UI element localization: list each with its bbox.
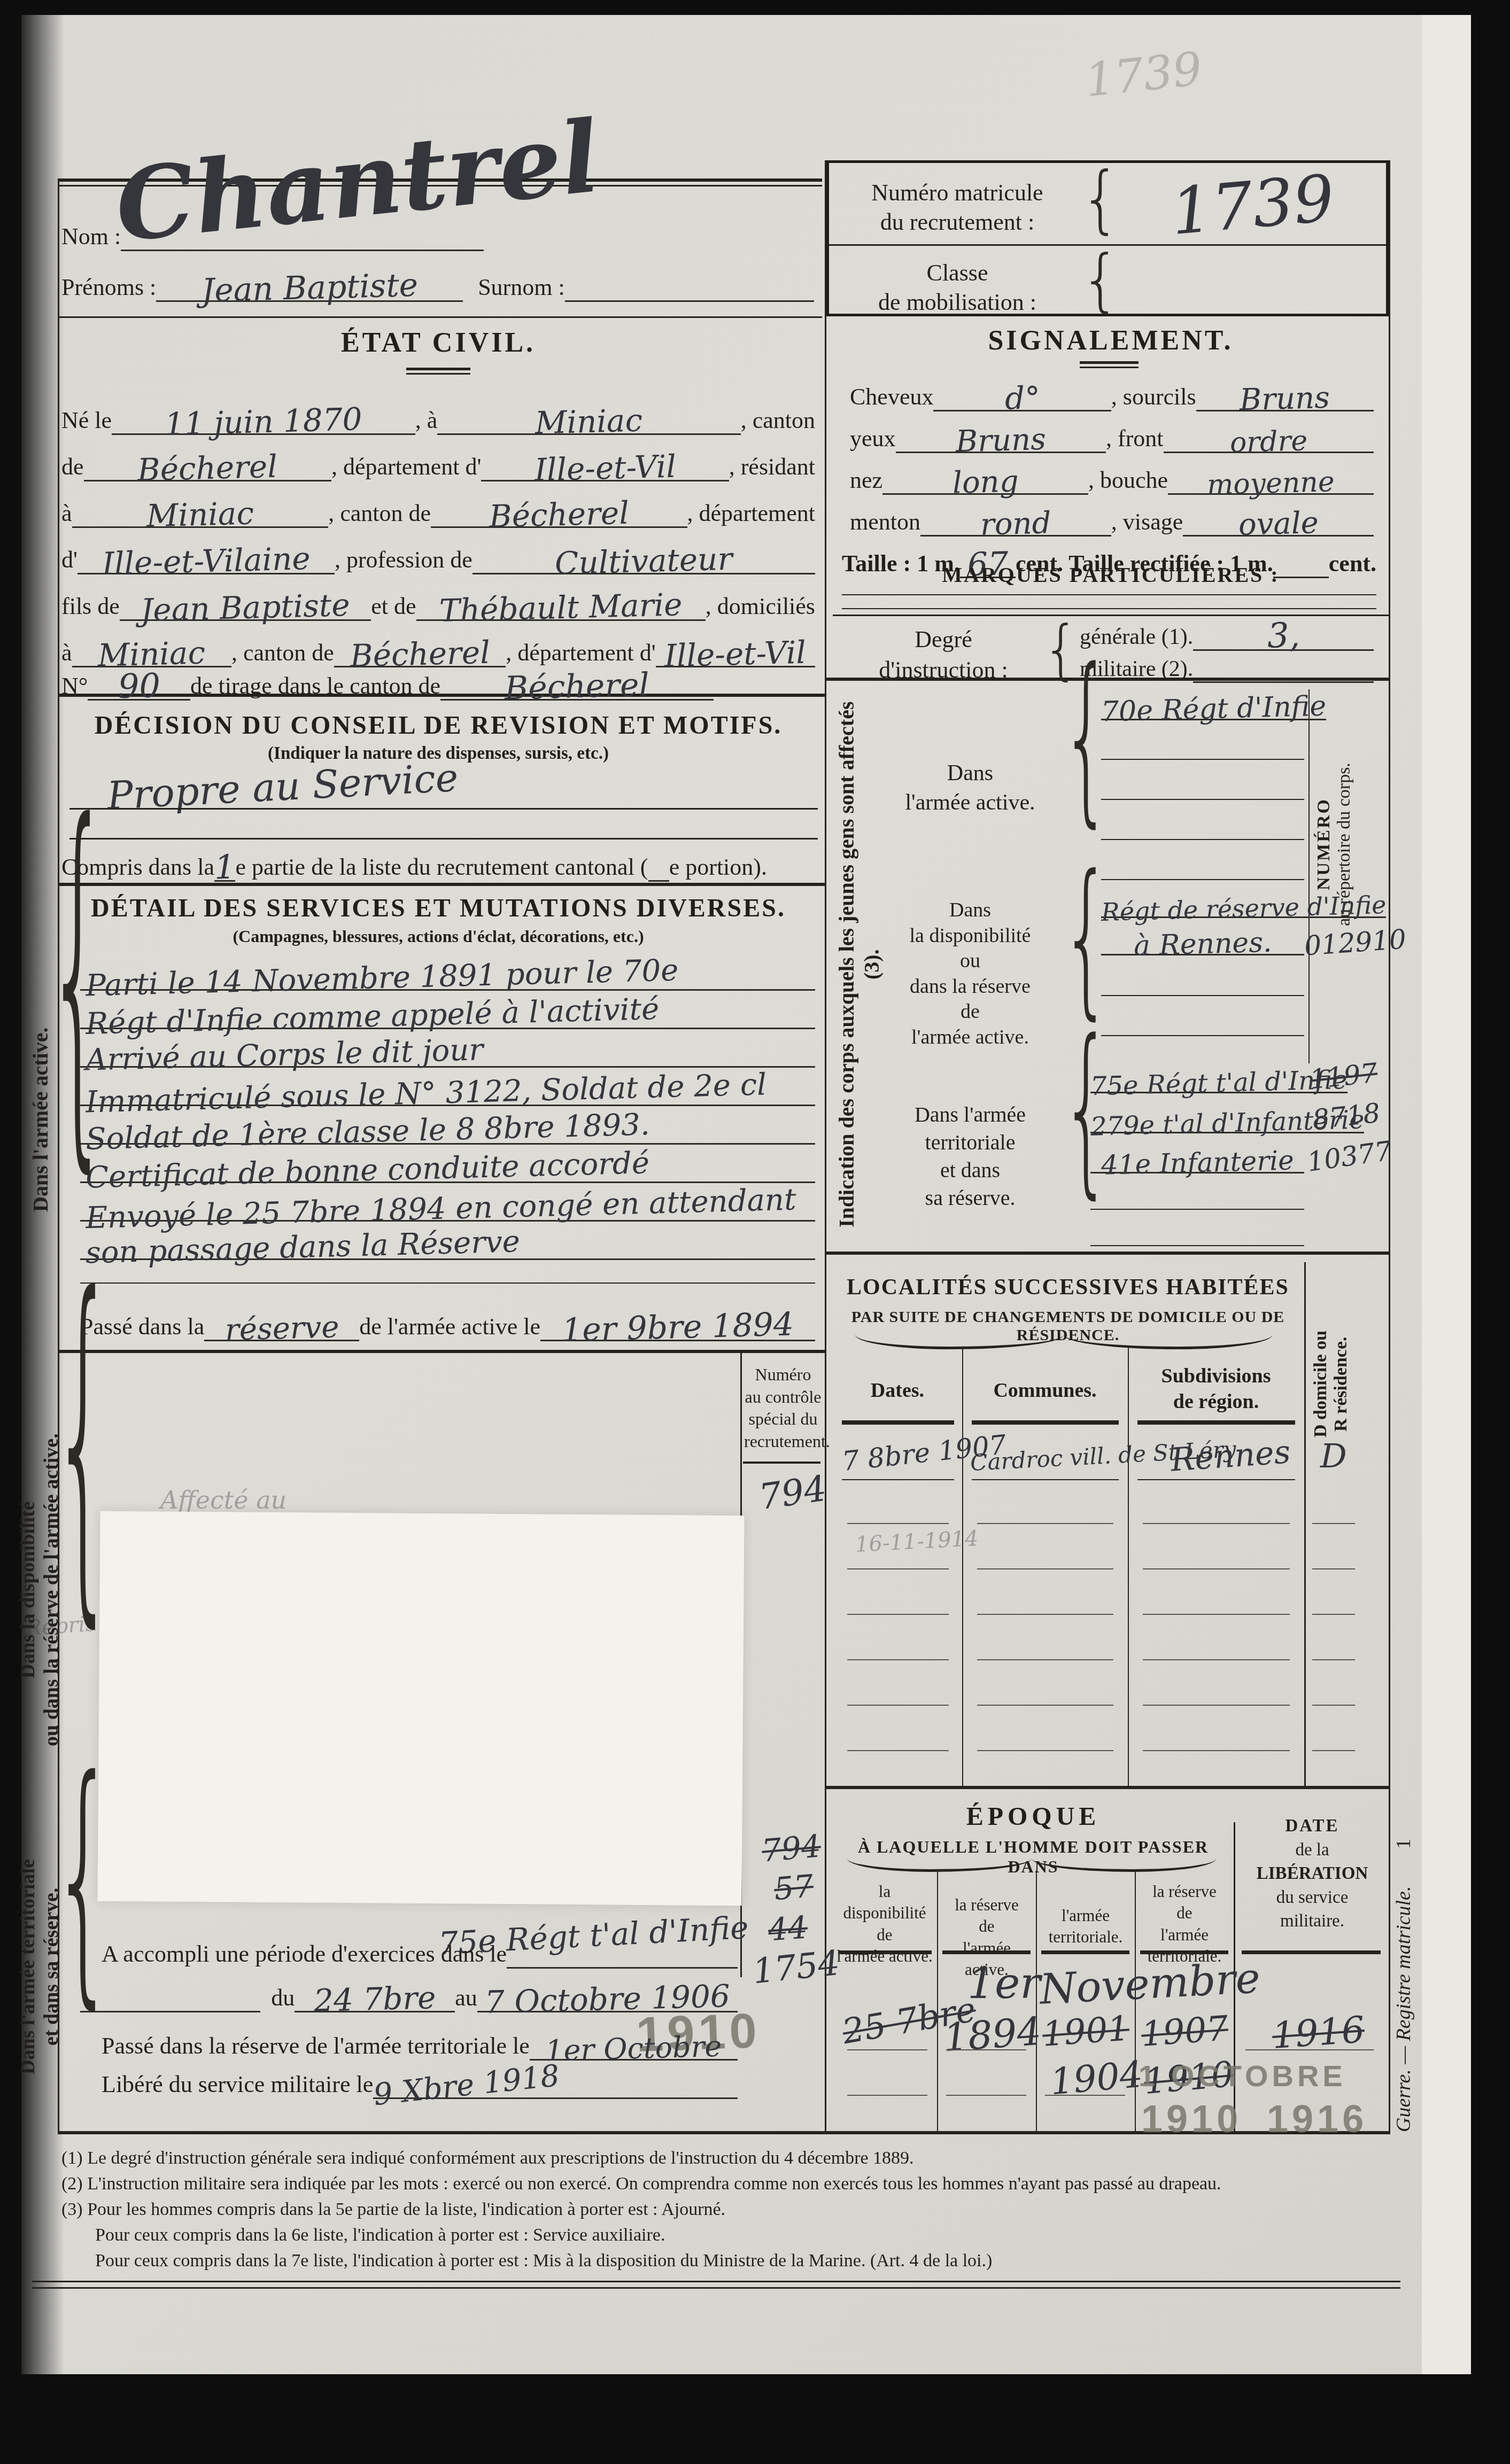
passe-reserve-value: réserve — [224, 1310, 339, 1348]
degre-label-2: d'instruction : — [855, 655, 1032, 685]
mother-name: Thébault Marie — [439, 586, 683, 629]
corps-active-value: 70e Régt d'Infie — [1101, 690, 1327, 728]
corps-section-vertical-label: Indication des corps auxquels les jeunes… — [834, 689, 864, 1240]
date-col-line: LIBÉRATION — [1237, 1862, 1387, 1886]
signalement-title: SIGNALEMENT. — [833, 325, 1389, 356]
prenoms-value: Jean Baptiste — [201, 267, 419, 310]
footnote-5: Pour ceux compris dans la 7e liste, l'in… — [95, 2251, 1389, 2271]
epoque-col1-line: de — [834, 1924, 935, 1946]
armee-active-label: de l'armée active le — [359, 1313, 540, 1341]
brace-icon — [51, 1253, 116, 1628]
controle-header-4: recrutement. — [744, 1431, 822, 1453]
date-col-line: militaire. — [1237, 1909, 1387, 1933]
departement2-label: , département — [687, 500, 815, 528]
date-col-line: DATE — [1237, 1814, 1387, 1838]
profession-label: , profession de — [335, 546, 473, 574]
page-edge — [1422, 15, 1471, 2374]
epoque-col2-line: la réserve — [940, 1894, 1034, 1916]
margin-terr-line1: Dans l'armée territoriale — [16, 1806, 40, 2127]
et-de-label: et de — [371, 593, 416, 621]
controle-header-3: spécial du — [744, 1408, 822, 1431]
epoque-col4-line: l'armée — [1137, 1924, 1232, 1946]
numero-label: N° — [61, 672, 88, 701]
localites-col-subdiv-2: de région. — [1128, 1389, 1304, 1415]
services-title: DÉTAIL DES SERVICES ET MUTATIONS DIVERSE… — [61, 893, 815, 923]
scanned-register-page: { "document": { "pencil_number": "1739",… — [0, 0, 1510, 2464]
pasted-patch — [97, 1511, 744, 1906]
periode-date-debut: 24 7bre — [313, 1979, 436, 2019]
corps-dispo-label-5: de — [882, 999, 1058, 1025]
nom-label: Nom : — [61, 223, 121, 251]
visage-label: , visage — [1111, 508, 1183, 537]
sourcils-label: , sourcils — [1111, 383, 1196, 411]
epoque-col2-line: de — [940, 1916, 1034, 1937]
epoque-hw-reserve-active: 1894 — [942, 2009, 1043, 2061]
epoque-col1-line: disponibilité — [834, 1902, 935, 1924]
nez-value: long — [952, 464, 1019, 500]
degre-label-1: Degré — [855, 624, 1032, 655]
menton-value: rond — [980, 506, 1051, 542]
instruction-generale-value: 3, — [1267, 616, 1300, 656]
struck-number: 57 — [772, 1868, 815, 1907]
a2-label: à — [61, 500, 72, 528]
cheveux-label: Cheveux — [850, 383, 933, 411]
surnom-label: Surnom : — [463, 274, 565, 302]
brace-icon — [1080, 247, 1121, 314]
footnote-3: (3) Pour les hommes compris dans la 5e p… — [61, 2199, 1387, 2220]
epoque-col3-line: l'armée — [1039, 1905, 1133, 1926]
footnote-1: (1) Le degré d'instruction générale sera… — [61, 2148, 1387, 2168]
prenoms-line: Jean Baptiste — [156, 263, 463, 302]
corps-dispo-label-1: Dans — [882, 898, 1058, 923]
yeux-label: yeux — [850, 425, 896, 453]
profession-value: Cultivateur — [554, 541, 733, 582]
birth-date: 11 juin 1870 — [164, 401, 362, 442]
footnote-4: Pour ceux compris dans la 6e liste, l'in… — [95, 2225, 1389, 2245]
residant-label: , résidant — [729, 453, 815, 481]
localites-col-communes: Communes. — [962, 1379, 1128, 1402]
date-col-line: du service — [1237, 1886, 1387, 1910]
surnom-line — [565, 273, 814, 302]
passe-reserve-date: 1er 9bre 1894 — [561, 1305, 794, 1349]
libere-label: Libéré du service militaire le — [102, 2071, 373, 2099]
corps-dispo-label-3: ou — [882, 949, 1058, 974]
footnote-2: (2) L'instruction militaire sera indiqué… — [61, 2174, 1387, 2194]
sourcils-value: Bruns — [1240, 380, 1330, 417]
epoque-hw-territoriale: 1901 — [1041, 2009, 1131, 2054]
epoque-hw-1er: 1er — [967, 1958, 1040, 2008]
residence-canton: Bécherel — [489, 495, 629, 535]
corps-terr-label-3: et dans — [882, 1156, 1058, 1184]
brace-icon — [1061, 646, 1112, 830]
corps-terr-label-1: Dans l'armée — [882, 1101, 1058, 1129]
corps-dispo-label-2: la disponibilité — [882, 923, 1058, 949]
tirage-canton: Bécherel — [504, 666, 649, 707]
d-label: d' — [61, 546, 78, 574]
epoque-col3-line: territoriale. — [1039, 1926, 1133, 1948]
front-value: ordre — [1229, 425, 1308, 459]
residence-departement: Ille-et-Vilaine — [102, 540, 311, 582]
epoque-col4-line: de — [1137, 1902, 1232, 1924]
du-label: du — [260, 1984, 295, 2012]
front-label: , front — [1106, 425, 1164, 453]
register-series-label: Guerre. — Registre matricule. 1 — [1392, 1646, 1419, 2132]
epoque-hw-territoriale-2: 1904 — [1049, 2054, 1144, 2104]
de-label: de — [61, 453, 84, 481]
brace-icon — [51, 1746, 116, 2010]
classe-label-2: de mobilisation : — [845, 287, 1070, 317]
au-label: au — [455, 1984, 477, 2012]
corps-reserve-place: à Rennes. — [1133, 927, 1272, 962]
corps-dispo-label-4: dans la réserve — [882, 974, 1058, 1000]
register-series-text: Guerre. — Registre matricule. — [1392, 1886, 1415, 2133]
brace-icon — [46, 778, 111, 1173]
nez-label: nez — [850, 467, 882, 495]
corps-territoriale-value: 41e Infanterie — [1101, 1145, 1294, 1180]
menton-label: menton — [850, 508, 920, 537]
passe-territoriale-label: Passé dans la réserve de l'armée territo… — [102, 2032, 530, 2061]
epoque-title: ÉPOQUE — [833, 1802, 1234, 1831]
domicilies-label: , domiciliés — [706, 593, 815, 621]
localites-col-subdiv-1: Subdivisions — [1128, 1364, 1304, 1389]
matricule-label-1: Numéro matricule — [845, 178, 1070, 207]
classe-label-1: Classe — [845, 258, 1070, 287]
stamp-1916: 1916 — [1267, 2097, 1367, 2141]
stamp-1910: 1910 — [1141, 2097, 1242, 2141]
brace-icon — [1080, 162, 1121, 236]
matricule-value: 1739 — [1168, 161, 1337, 250]
tirage-number: 90 — [118, 666, 161, 706]
compris-label-2: e partie de la liste du recrutement cant… — [235, 853, 648, 882]
corps-active-label-2: l'armée active. — [882, 788, 1058, 818]
struck-number: 44 — [767, 1909, 809, 1948]
stamp-1-octobre: 1 OCTOBRE — [1139, 2058, 1346, 2093]
services-subtitle: (Campagnes, blessures, actions d'éclat, … — [61, 927, 815, 946]
canton-de-label: , canton de — [328, 500, 431, 528]
localites-row-dr: D — [1320, 1436, 1347, 1475]
marques-label: MARQUES PARTICULIÈRES : — [833, 562, 1389, 587]
departement-label: , département d' — [331, 453, 481, 481]
struck-number: 794 — [760, 1828, 822, 1869]
localites-title: LOCALITÉS SUCCESSIVES HABITÉES — [833, 1274, 1303, 1300]
decision-title: DÉCISION DU CONSEIL DE REVISION ET MOTIF… — [61, 711, 815, 740]
birth-canton: Bécherel — [137, 448, 278, 488]
epoque-col4-line: la réserve — [1137, 1881, 1232, 1902]
controle-header-2: au contrôle — [744, 1386, 822, 1409]
epoque-hw-reserve-terr: 1907 — [1140, 2009, 1230, 2054]
fils-de-label: fils de — [61, 593, 120, 621]
corps-dispo-label-6: l'armée active. — [882, 1025, 1058, 1051]
corps-terr-label-4: sa réserve. — [882, 1184, 1058, 1212]
residence-commune: Miniac — [146, 495, 254, 534]
affecte-faint-note: Affecté au — [160, 1486, 286, 1514]
bouche-value: moyenne — [1207, 466, 1335, 501]
epoque-col1-line: la — [834, 1881, 935, 1902]
birth-commune: Miniac — [535, 402, 644, 441]
etat-civil-title: ÉTAT CIVIL. — [61, 327, 815, 359]
father-name: Jean Baptiste — [140, 587, 350, 628]
canton-label: , canton — [741, 407, 815, 435]
register-page-number: 1 — [1392, 1839, 1415, 1849]
prenoms-label: Prénoms : — [61, 274, 156, 302]
passe-territoriale-date: 1er Octobre — [545, 2030, 722, 2068]
margin-dispo-line1: Dans la disponibilité — [16, 1368, 40, 1812]
epoque-col1-line: l'armée active. — [834, 1946, 935, 1967]
tirage-label: de tirage dans le canton de — [190, 672, 440, 701]
matricule-box: Numéro matricule du recrutement : 1739 C… — [826, 160, 1389, 316]
liste-partie-number: 1 — [214, 847, 236, 887]
localites-col-dates: Dates. — [833, 1379, 962, 1402]
corps-active-label-1: Dans — [882, 759, 1058, 788]
yeux-value: Bruns — [955, 422, 1046, 459]
cheveux-value: d° — [1004, 379, 1041, 417]
corps-terr-label-2: territoriale — [882, 1129, 1058, 1156]
birth-departement: Ille-et-Vil — [534, 448, 677, 488]
epoque-subtitle: À LAQUELLE L'HOMME DOIT PASSER DANS — [833, 1837, 1234, 1877]
date-col-line: de la — [1237, 1838, 1387, 1862]
ne-le-label: Né le — [61, 407, 112, 435]
periode-label: A accompli une période d'exercices dans … — [102, 1940, 507, 1969]
compris-label-3: e portion). — [669, 853, 767, 882]
bouche-label: , bouche — [1088, 467, 1168, 495]
a-label: , à — [415, 407, 438, 435]
nom-line — [121, 250, 484, 251]
visage-value: ovale — [1238, 506, 1319, 542]
controle-header-1: Numéro — [744, 1364, 822, 1386]
matricule-label-2: du recrutement : — [845, 207, 1070, 237]
